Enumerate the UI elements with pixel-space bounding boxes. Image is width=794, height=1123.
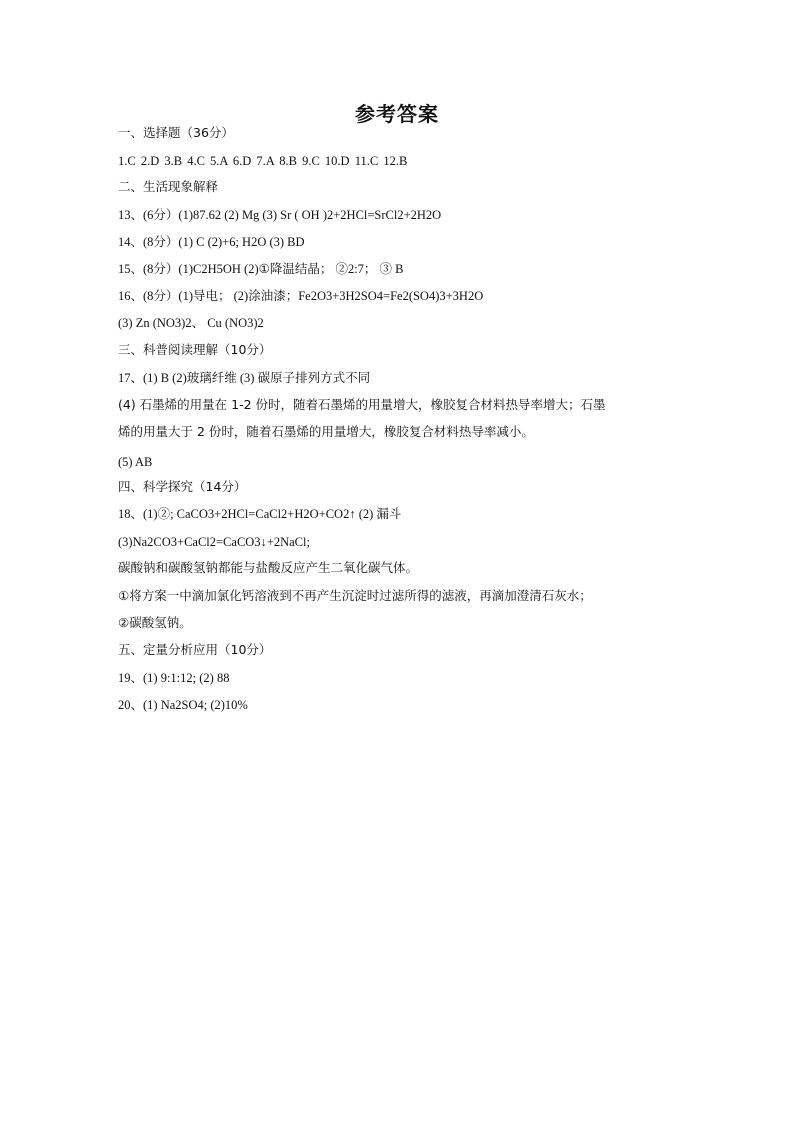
answer-17-part4-line2: 烯的用量大于 2 份时，随着石墨烯的用量增大，橡胶复合材料热导率减小。	[118, 424, 534, 440]
answer-18-part3: (3)Na2CO3+CaCl2=CaCO3↓+2NaCl;	[118, 534, 310, 550]
section-heading-3: 三、科普阅读理解（10分）	[118, 342, 271, 358]
answer-14: 14、(8分）(1) C (2)+6; H2O (3) BD	[118, 234, 305, 250]
answer-16-part3: (3) Zn (NO3)2、 Cu (NO3)2	[118, 315, 264, 331]
answer-19: 19、(1) 9:1:12; (2) 88	[118, 670, 229, 686]
answer-18-explanation: 碳酸钠和碳酸氢钠都能与盐酸反应产生二氧化碳气体。	[118, 560, 418, 576]
answer-13: 13、(6分）(1)87.62 (2) Mg (3) Sr ( OH )2+2H…	[118, 207, 441, 223]
answer-15: 15、(8分）(1)C2H5OH (2)①降温结晶； ②2:7； ③ B	[118, 261, 404, 277]
answer-20: 20、(1) Na2SO4; (2)10%	[118, 697, 248, 713]
section-heading-4: 四、科学探究（14分）	[118, 479, 246, 495]
answer-18-step2: ②碳酸氢钠。	[118, 615, 192, 631]
section-heading-5: 五、定量分析应用（10分）	[118, 642, 271, 658]
answer-18-step1: ①将方案一中滴加氯化钙溶液到不再产生沉淀时过滤所得的滤液，再滴加澄清石灰水；	[118, 588, 592, 604]
answer-choices: 1.C 2.D 3.B 4.C 5.A 6.D 7.A 8.B 9.C 10.D…	[118, 153, 407, 169]
answer-18: 18、(1)②; CaCO3+2HCl=CaCl2+H2O+CO2↑ (2) 漏…	[118, 506, 401, 522]
page-title: 参考答案	[0, 98, 794, 127]
answer-16: 16、(8分）(1)导电； (2)涂油漆；Fe2O3+3H2SO4=Fe2(SO…	[118, 288, 483, 304]
answer-17: 17、(1) B (2)玻璃纤维 (3) 碳原子排列方式不同	[118, 370, 370, 386]
answer-17-part5: (5) AB	[118, 454, 152, 470]
section-heading-1: 一、选择题（36分）	[118, 125, 234, 141]
answer-17-part4-line1: (4) 石墨烯的用量在 1-2 份时，随着石墨烯的用量增大，橡胶复合材料热导率增…	[118, 397, 606, 413]
section-heading-2: 二、生活现象解释	[118, 179, 218, 195]
